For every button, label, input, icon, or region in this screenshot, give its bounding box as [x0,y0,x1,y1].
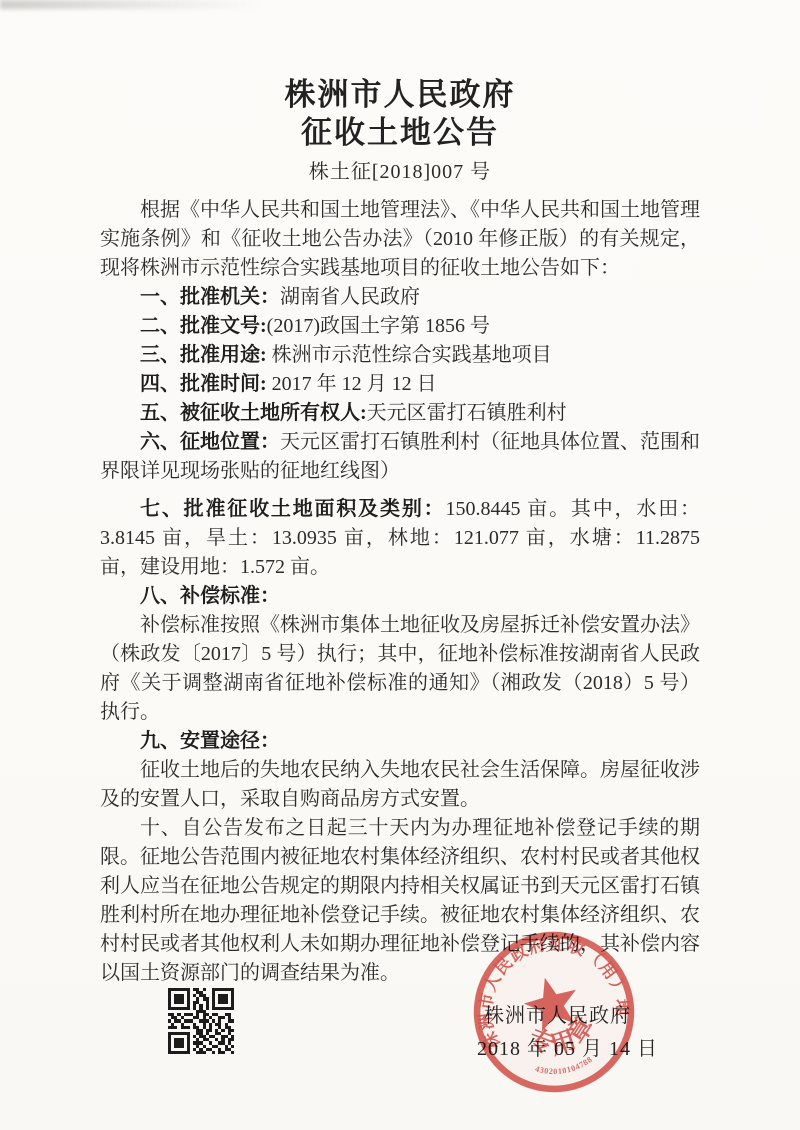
list-item-label: 六、征地位置： [140,431,280,453]
list-item-1: 一、批准机关：湖南省人民政府 [100,283,700,312]
list-item-6: 六、征地位置：天元区雷打石镇胜利村（征地具体位置、范围和界限详见现场张贴的征地红… [100,428,700,486]
list-item-3: 三、批准用途: 株洲市示范性综合实践基地项目 [100,341,700,370]
document-page: 株洲市人民政府 征收土地公告 株土征[2018]007 号 根据《中华人民共和国… [0,0,800,1130]
announcement-document: 株洲市人民政府 征收土地公告 株土征[2018]007 号 根据《中华人民共和国… [0,0,800,988]
document-body: 根据《中华人民共和国土地管理法》、《中华人民共和国土地管理实施条例》和《征收土地… [100,196,700,988]
compensation-paragraph: 补偿标准按照《株洲市集体土地征收及房屋拆迁补偿安置办法》（株政发〔2017〕5 … [100,611,700,727]
list-item-5: 五、被征收土地所有权人:天元区雷打石镇胜利村 [100,399,700,428]
list-item-9: 九、安置途径： [100,727,700,756]
list-item-7: 七、批准征收土地面积及类别：150.8445 亩。其中，水田：3.8145 亩，… [100,495,700,582]
list-item-label: 八、补偿标准： [140,585,280,607]
list-item-text: 2017 年 12 月 12 日 [267,373,437,395]
official-seal: 株洲市人民政府征收（用）地 专用章 4302010104788 [468,926,640,1098]
list-item-label: 七、批准征收土地面积及类别： [140,498,445,520]
paragraph-text: 征收土地后的失地农民纳入失地农民社会生活保障。房屋征收涉及的安置人口，采取自购商… [100,759,700,810]
list-item-8: 八、补偿标准： [100,582,700,611]
document-number: 株土征[2018]007 号 [100,159,700,185]
scan-artifact [0,0,260,9]
list-item-label: 一、批准机关： [140,286,280,308]
list-item-text: (2017)政国土字第 1856 号 [267,315,490,337]
document-title: 株洲市人民政府 [100,76,700,114]
list-item-text: 湖南省人民政府 [280,286,420,308]
list-item-text: 天元区雷打石镇胜利村 [367,402,567,424]
list-item-text: 株洲市示范性综合实践基地项目 [267,344,552,366]
list-item-label: 五、被征收土地所有权人: [140,402,367,424]
resettlement-paragraph: 征收土地后的失地农民纳入失地农民社会生活保障。房屋征收涉及的安置人口，采取自购商… [100,756,700,814]
list-item-label: 九、安置途径： [140,730,280,752]
list-item-label: 三、批准用途: [140,344,267,366]
list-item-label: 二、批准文号: [140,315,267,337]
list-item-4: 四、批准时间: 2017 年 12 月 12 日 [100,370,700,399]
qr-code [168,988,234,1054]
paragraph-text: 根据《中华人民共和国土地管理法》、《中华人民共和国土地管理实施条例》和《征收土地… [100,199,700,279]
list-item-label: 四、批准时间: [140,373,267,395]
paragraph-text: 补偿标准按照《株洲市集体土地征收及房屋拆迁补偿安置办法》（株政发〔2017〕5 … [100,614,700,723]
document-subtitle: 征收土地公告 [100,114,700,152]
list-item-2: 二、批准文号:(2017)政国土字第 1856 号 [100,312,700,341]
intro-paragraph: 根据《中华人民共和国土地管理法》、《中华人民共和国土地管理实施条例》和《征收土地… [100,196,700,283]
document-header: 株洲市人民政府 征收土地公告 株土征[2018]007 号 [100,76,700,185]
